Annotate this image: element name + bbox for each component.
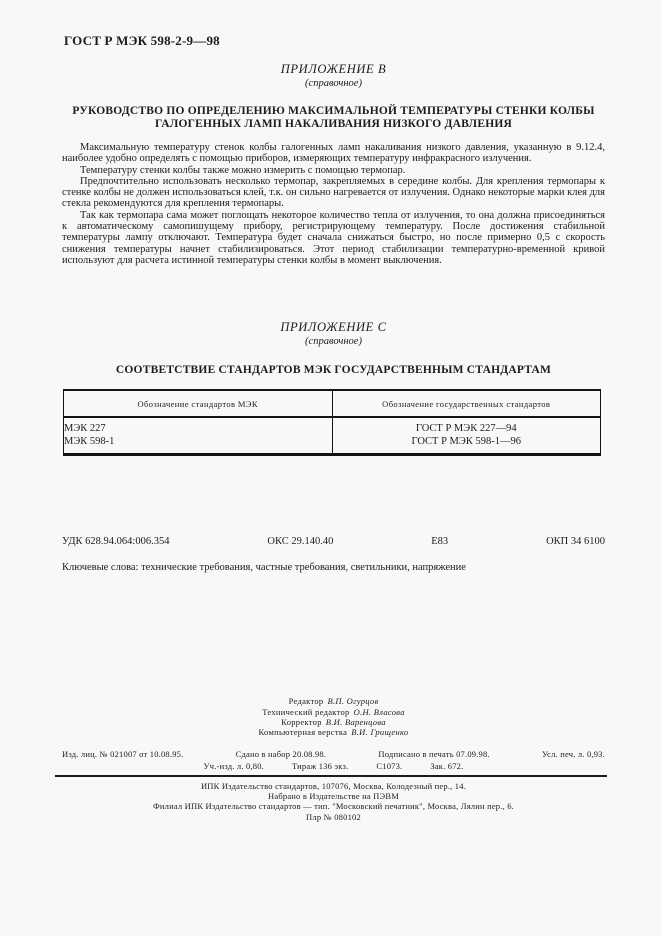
publisher-address: ИПК Издательство стандартов, 107076, Мос… [62, 781, 605, 791]
editor-role: Компьютерная верстка [259, 727, 348, 737]
table-header-iec: Обозначение стандартов МЭК [64, 390, 333, 417]
publisher-plr-number: Плр № 080102 [62, 812, 605, 822]
appendix-b-note: (справочное) [62, 78, 605, 89]
imprint-print-date: Подписано в печать 07.09.98. [378, 749, 489, 759]
appendix-b-body: Максимальную температуру стенок колбы га… [62, 142, 605, 266]
imprint-row-1: Изд. лиц. № 021007 от 10.08.95. Сдано в … [62, 749, 605, 759]
paragraph: Максимальную температуру стенок колбы га… [62, 142, 605, 165]
e-code: Е83 [431, 536, 448, 547]
page-content: ГОСТ Р МЭК 598-2-9—98 ПРИЛОЖЕНИЕ В (спра… [62, 0, 605, 771]
appendix-b-title-line1: РУКОВОДСТВО ПО ОПРЕДЕЛЕНИЮ МАКСИМАЛЬНОЙ … [62, 105, 605, 118]
table-header-row: Обозначение стандартов МЭК Обозначение г… [64, 390, 601, 417]
iec-standard: МЭК 227 [64, 423, 332, 436]
table-cell-iec: МЭК 227 МЭК 598-1 [64, 417, 333, 455]
paragraph: Температуру стенки колбы также можно изм… [62, 165, 605, 176]
okp-code: ОКП 34 6100 [546, 536, 605, 547]
appendix-b-label: ПРИЛОЖЕНИЕ В [62, 62, 605, 77]
editor-line: Редактор В.П. Огурцов [62, 696, 605, 706]
table-header-gost: Обозначение государственных стандартов [332, 390, 601, 417]
editor-line: Корректор В.И. Варенцова [62, 717, 605, 727]
imprint-row-2: Уч.-изд. л. 0,80. Тираж 136 экз. С1073. … [62, 761, 605, 771]
editor-name: В.П. Огурцов [327, 696, 378, 706]
imprint-divider [55, 775, 607, 777]
imprint-circulation: Тираж 136 экз. [292, 761, 348, 771]
standards-table: Обозначение стандартов МЭК Обозначение г… [63, 389, 601, 456]
standards-table-body: МЭК 227 МЭК 598-1 ГОСТ Р МЭК 227—94 ГОСТ… [64, 417, 601, 455]
paragraph: Так как термопара сама может поглощать н… [62, 210, 605, 266]
paragraph: Предпочтительно использовать несколько т… [62, 176, 605, 210]
editor-role: Корректор [281, 717, 322, 727]
classification-codes-row: УДК 628.94.064:006.354 ОКС 29.140.40 Е83… [62, 536, 605, 547]
imprint-license: Изд. лиц. № 021007 от 10.08.95. [62, 749, 183, 759]
imprint-order-number: Зак. 672. [430, 761, 463, 771]
appendix-c-note: (справочное) [62, 336, 605, 347]
editor-role: Технический редактор [262, 707, 349, 717]
gost-standard: ГОСТ Р МЭК 598-1—96 [333, 436, 601, 449]
editors-block: Редактор В.П. Огурцов Технический редакт… [62, 696, 605, 737]
editor-name: В.И. Грищенко [351, 727, 408, 737]
imprint-c-number: С1073. [376, 761, 402, 771]
document-page: ГОСТ Р МЭК 598-2-9—98 ПРИЛОЖЕНИЕ В (спра… [0, 0, 661, 936]
appendix-c-label: ПРИЛОЖЕНИЕ С [62, 320, 605, 335]
editor-line: Технический редактор О.Н. Власова [62, 707, 605, 717]
oks-code: ОКС 29.140.40 [267, 536, 333, 547]
doc-code: ГОСТ Р МЭК 598-2-9—98 [64, 0, 605, 49]
gost-standard: ГОСТ Р МЭК 227—94 [333, 423, 601, 436]
udk-code: УДК 628.94.064:006.354 [62, 536, 169, 547]
publisher-block: ИПК Издательство стандартов, 107076, Мос… [62, 781, 605, 822]
imprint-typeset-date: Сдано в набор 20.08.98. [236, 749, 327, 759]
publisher-typeset-note: Набрано в Издательстве на ПЭВМ [62, 791, 605, 801]
imprint-pub-sheets: Уч.-изд. л. 0,80. [204, 761, 264, 771]
appendix-b-title: РУКОВОДСТВО ПО ОПРЕДЕЛЕНИЮ МАКСИМАЛЬНОЙ … [62, 105, 605, 131]
editor-name: О.Н. Власова [354, 707, 405, 717]
table-cell-gost: ГОСТ Р МЭК 227—94 ГОСТ Р МЭК 598-1—96 [332, 417, 601, 455]
editor-line: Компьютерная верстка В.И. Грищенко [62, 727, 605, 737]
keywords-line: Ключевые слова: технические требования, … [62, 562, 605, 573]
publisher-branch: Филиал ИПК Издательство стандартов — тип… [62, 801, 605, 811]
standards-table-head: Обозначение стандартов МЭК Обозначение г… [64, 390, 601, 417]
editor-role: Редактор [289, 696, 324, 706]
appendix-c-title: СООТВЕТСТВИЕ СТАНДАРТОВ МЭК ГОСУДАРСТВЕН… [62, 364, 605, 376]
iec-standard: МЭК 598-1 [64, 436, 332, 449]
editor-name: В.И. Варенцова [326, 717, 386, 727]
appendix-b-title-line2: ГАЛОГЕННЫХ ЛАМП НАКАЛИВАНИЯ НИЗКОГО ДАВЛ… [62, 118, 605, 131]
table-row: МЭК 227 МЭК 598-1 ГОСТ Р МЭК 227—94 ГОСТ… [64, 417, 601, 455]
imprint-sheets: Усл. печ. л. 0,93. [542, 749, 605, 759]
